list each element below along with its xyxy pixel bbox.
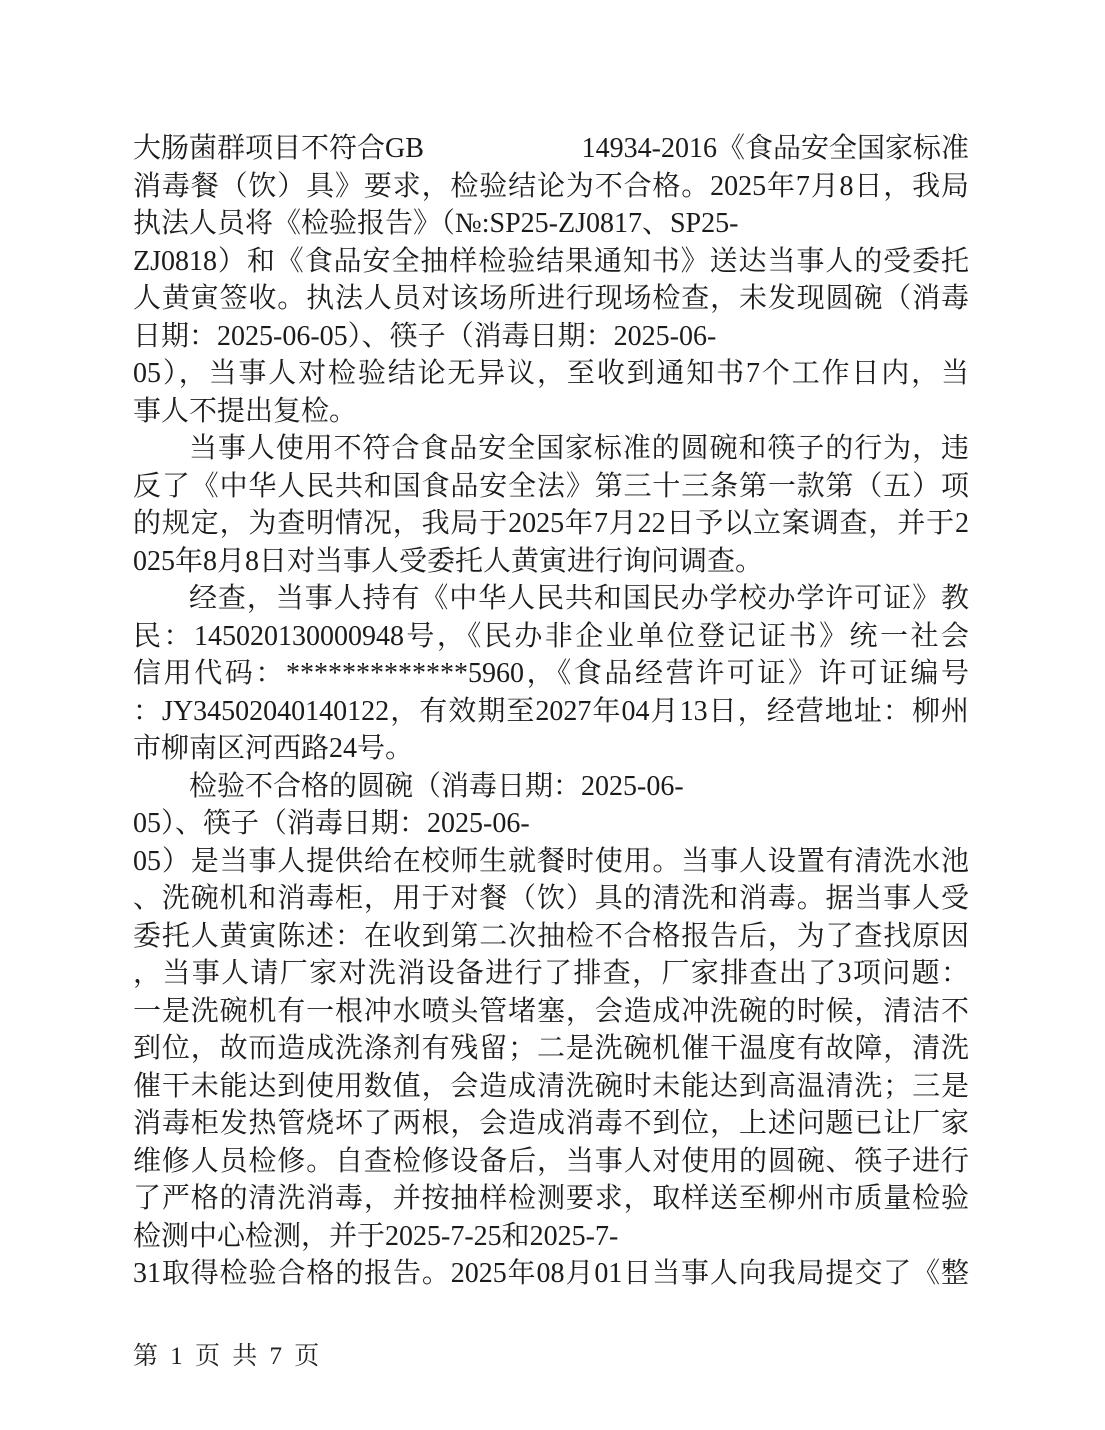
text-line: 人黄寅签收。执法人员对该场所进行现场检查，未发现圆碗（消毒 <box>133 280 969 318</box>
text-line: 维修人员检修。自查检修设备后，当事人对使用的圆碗、筷子进行 <box>133 1143 969 1181</box>
text-line: 委托人黄寅陈述：在收到第二次抽检不合格报告后，为了查找原因 <box>133 918 969 956</box>
text-line: 05）是当事人提供给在校师生就餐时使用。当事人设置有清洗水池 <box>133 843 969 881</box>
text-line: 日期：2025-06-05）、筷子（消毒日期：2025-06- <box>133 318 969 356</box>
text-line: 事人不提出复检。 <box>133 393 969 431</box>
text-line: 反了《中华人民共和国食品安全法》第三十三条第一款第（五）项 <box>133 468 969 506</box>
text-line: 的规定，为查明情况，我局于2025年7月22日予以立案调查，并于2 <box>133 505 969 543</box>
text-line: 民：145020130000948号，《民办非企业单位登记证书》统一社会 <box>133 618 969 656</box>
document-body: 大肠菌群项目不符合GB14934-2016《食品安全国家标准消毒餐（饮）具》要求… <box>133 130 969 1293</box>
text-line: 检验不合格的圆碗（消毒日期：2025-06- <box>133 768 969 806</box>
text-line: 执法人员将《检验报告》（№:SP25-ZJ0817、SP25- <box>133 205 969 243</box>
text-line: ，当事人请厂家对洗消设备进行了排查，厂家排查出了3项问题： <box>133 955 969 993</box>
text-line: ：JY34502040140122，有效期至2027年04月13日，经营地址：柳… <box>133 693 969 731</box>
text-line: ZJ0818）和《食品安全抽样检验结果通知书》送达当事人的受委托 <box>133 243 969 281</box>
text-line: 消毒餐（饮）具》要求，检验结论为不合格。2025年7月8日，我局 <box>133 168 969 206</box>
document-page: 大肠菌群项目不符合GB14934-2016《食品安全国家标准消毒餐（饮）具》要求… <box>0 0 1105 1430</box>
line-segment: 14934-2016《食品安全国家标准 <box>582 130 969 168</box>
text-line: 经查，当事人持有《中华人民共和国民办学校办学许可证》教 <box>133 580 969 618</box>
text-line: 025年8月8日对当事人受委托人黄寅进行询问调查。 <box>133 543 969 581</box>
text-line: 检测中心检测，并于2025-7-25和2025-7- <box>133 1218 969 1256</box>
text-line: 信用代码：*************5960，《食品经营许可证》许可证编号 <box>133 655 969 693</box>
text-line: 当事人使用不符合食品安全国家标准的圆碗和筷子的行为，违 <box>133 430 969 468</box>
page-number-footer: 第 1 页 共 7 页 <box>133 1341 319 1373</box>
text-line: 05），当事人对检验结论无异议，至收到通知书7个工作日内，当 <box>133 355 969 393</box>
text-line: 、洗碗机和消毒柜，用于对餐（饮）具的清洗和消毒。据当事人受 <box>133 880 969 918</box>
text-line: 31取得检验合格的报告。2025年08月01日当事人向我局提交了《整 <box>133 1255 969 1293</box>
text-line: 了严格的清洗消毒，并按抽样检测要求，取样送至柳州市质量检验 <box>133 1180 969 1218</box>
text-line: 大肠菌群项目不符合GB14934-2016《食品安全国家标准 <box>133 130 969 168</box>
text-line: 一是洗碗机有一根冲水喷头管堵塞，会造成冲洗碗的时候，清洁不 <box>133 993 969 1031</box>
text-line: 到位，故而造成洗涤剂有残留；二是洗碗机催干温度有故障，清洗 <box>133 1030 969 1068</box>
line-segment: 大肠菌群项目不符合GB <box>133 130 424 168</box>
text-line: 05）、筷子（消毒日期：2025-06- <box>133 805 969 843</box>
text-line: 消毒柜发热管烧坏了两根，会造成消毒不到位，上述问题已让厂家 <box>133 1105 969 1143</box>
text-line: 市柳南区河西路24号。 <box>133 730 969 768</box>
text-line: 催干未能达到使用数值，会造成清洗碗时未能达到高温清洗；三是 <box>133 1068 969 1106</box>
